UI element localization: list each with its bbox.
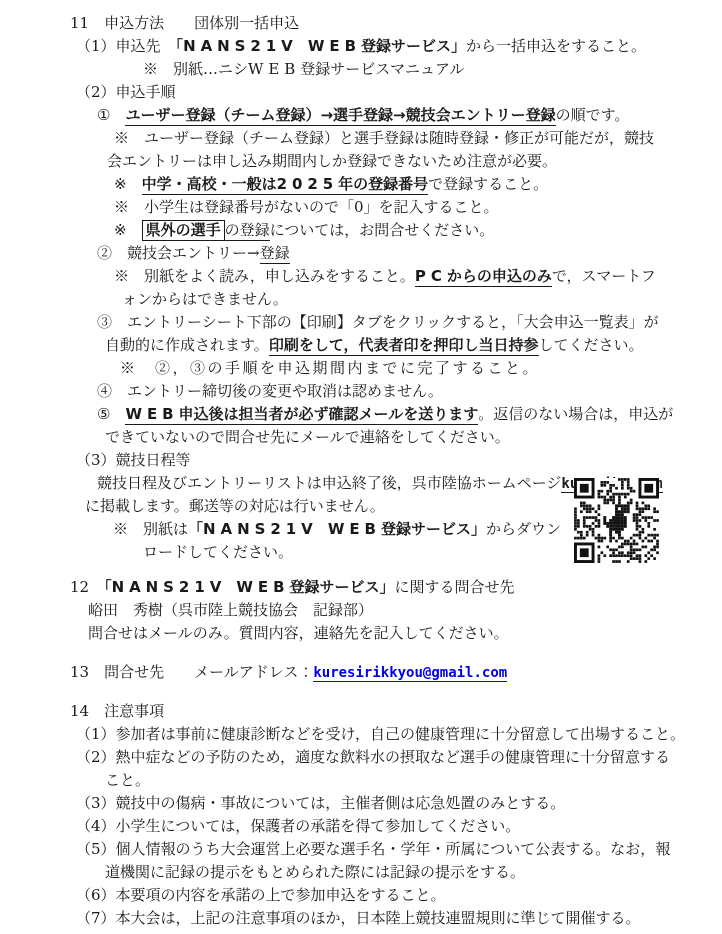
text-segment: 。返信のない場合は，申込が	[478, 405, 673, 423]
text-segment: 13 問合せ先 メールアドレス：	[70, 663, 313, 681]
text-segment: 中学・高校・一般は	[142, 175, 277, 195]
text-line: 問合せはメールのみ。質問内容，連絡先を記入してください。	[0, 622, 722, 645]
text-line: （2）熱中症などの予防のため，適度な飲料水の摂取など選手の健康管理に十分留意する	[0, 746, 722, 769]
text-segment: NANS21V WEB	[112, 578, 290, 596]
text-line: ※ 別紙…ニシWEB登録サービスマニュアル	[0, 58, 722, 81]
text-line: （7）本大会は，上記の注意事項のほか，日本陸上競技連盟規則に準じて開催する。	[0, 907, 722, 930]
text-segment: の順です。	[556, 106, 630, 124]
text-segment: から一括申込をすること。	[466, 37, 646, 55]
text-line: ③ エントリーシート下部の【印刷】タブをクリックすると，「大会申込一覧表」が	[0, 311, 722, 334]
text-line: （3）競技日程等	[0, 449, 722, 472]
text-segment: ※ ユーザー登録（チーム登録）と選手登録は随時登録・修正が可能だが，競技	[114, 129, 654, 147]
text-segment: ※ 別紙…ニシ	[143, 60, 248, 78]
text-segment: （5）個人情報のうち大会運営上必要な選手名・学年・所属について公表する。なお，報	[76, 840, 670, 858]
text-segment: の登録	[225, 221, 270, 241]
text-segment: 「	[104, 578, 112, 596]
section-12-heading: 12 「NANS21V WEB登録サービス」に関する問合せ先	[0, 576, 722, 599]
text-line: 峪田 秀樹（呉市陸上競技協会 記録部）	[0, 599, 722, 622]
text-segment: 自動的に作成されます。	[105, 336, 269, 354]
text-segment: 11 申込方法 団体別一括申込	[70, 14, 299, 32]
email-link[interactable]: kuresirikkyou@gmail.com	[313, 665, 507, 682]
text-segment: （4）小学生については，保護者の承諾を得て参加してください。	[76, 817, 520, 835]
text-line: ※ 別紙をよく読み，申し込みをすること。PCからの申込のみで，スマートフ	[0, 265, 722, 288]
text-segment: NANS21V WEB	[203, 520, 381, 538]
text-segment: NANS21V WEB	[183, 37, 361, 55]
text-segment: 登録	[260, 244, 290, 264]
text-segment: （6）本要項の内容を承諾の上で参加申込をすること。	[76, 886, 446, 904]
text-line: （6）本要項の内容を承諾の上で参加申込をすること。	[0, 884, 722, 907]
text-segment: WEB	[125, 405, 178, 425]
text-segment: 問合せはメールのみ。質問内容，連絡先を記入してください。	[88, 624, 509, 642]
section-14-heading: 14 注意事項	[0, 700, 722, 723]
qr-code	[574, 478, 659, 563]
text-segment: で，スマートフ	[552, 267, 656, 285]
text-segment: 印刷をして，代表者印を押印し当日持参	[269, 336, 539, 356]
text-segment: 2025	[277, 175, 339, 195]
text-line: 自動的に作成されます。印刷をして，代表者印を押印し当日持参してください。	[0, 334, 722, 357]
text-segment: こと。	[105, 771, 150, 789]
text-segment: （1）参加者は事前に健康診断などを受け，自己の健康管理に十分留意して出場すること…	[76, 725, 685, 743]
text-segment: ※ ②，③の手順を申込期間内までに完了すること。	[120, 359, 540, 377]
text-line: ※ 県外の選手の登録については，お問合せください。	[0, 219, 722, 242]
text-segment: 競技日程及びエントリーリストは申込終了後，呉市陸協ホームページ	[97, 474, 561, 492]
text-segment: （3）競技日程等	[76, 451, 191, 469]
section-11-heading: 11 申込方法 団体別一括申込	[0, 12, 722, 35]
text-segment: （7）本大会は，上記の注意事項のほか，日本陸上競技連盟規則に準じて開催する。	[76, 909, 641, 927]
text-segment: ※ 小学生は登録番号がないので「0」を記入すること。	[114, 198, 499, 216]
text-segment: してください。	[539, 336, 644, 354]
text-line: ※ ②，③の手順を申込期間内までに完了すること。	[0, 357, 722, 380]
text-segment: からダウン	[486, 520, 561, 538]
text-segment: に関する問合せ先	[395, 578, 515, 596]
text-segment: ※	[114, 175, 142, 193]
text-segment: 12	[70, 578, 104, 596]
text-line: できていないので問合せ先にメールで連絡をしてください。	[0, 426, 722, 449]
document-page: { "page": { "background": "#ffffff", "te…	[0, 0, 722, 934]
text-segment: 申込後は担当者が必ず確認メールを送ります	[179, 405, 479, 425]
text-line: ォンからはできません。	[0, 288, 722, 311]
text-segment: ④ エントリー締切後の変更や取消は認めません。	[97, 382, 443, 400]
text-segment: については，お問合せください。	[270, 221, 495, 239]
text-segment: できていないので問合せ先にメールで連絡をしてください。	[105, 428, 510, 446]
text-line: 道機関に記録の提示をもとめられた際には記録の提示をする。	[0, 861, 722, 884]
text-segment: 「	[188, 520, 203, 538]
text-line: （3）競技中の傷病・事故については，主催者側は応急処置のみとする。	[0, 792, 722, 815]
text-segment: 道機関に記録の提示をもとめられた際には記録の提示をする。	[105, 863, 525, 881]
text-segment: （2）申込手順	[76, 83, 176, 101]
text-segment: 峪田 秀樹（呉市陸上競技協会 記録部）	[88, 601, 373, 619]
text-segment: （2）熱中症などの予防のため，適度な飲料水の摂取など選手の健康管理に十分留意する	[76, 748, 670, 766]
text-segment: ※	[114, 221, 142, 239]
text-segment: PC	[415, 267, 447, 287]
text-segment: （3）競技中の傷病・事故については，主催者側は応急処置のみとする。	[76, 794, 565, 812]
text-line: （1）参加者は事前に健康診断などを受け，自己の健康管理に十分留意して出場すること…	[0, 723, 722, 746]
text-segment: 登録サービス」	[290, 578, 395, 596]
text-line: ⑤ WEB申込後は担当者が必ず確認メールを送ります。返信のない場合は，申込が	[0, 403, 722, 426]
text-segment: 登録サービスマニュアル	[300, 60, 464, 78]
text-segment: （1）申込先	[76, 37, 176, 55]
text-segment: 登録サービス」	[361, 37, 466, 55]
text-segment: 「	[176, 37, 184, 55]
text-segment: 14 注意事項	[70, 702, 164, 720]
text-segment: ォンからはできません。	[122, 290, 288, 308]
text-segment: ユーザー登録（チーム登録）→選手登録→競技会エントリー登録	[125, 106, 555, 126]
text-line: こと。	[0, 769, 722, 792]
text-segment: 登録サービス」	[381, 520, 486, 538]
text-segment: ※ 別紙をよく読み，申し込みをすること。	[114, 267, 415, 285]
text-line: ② 競技会エントリー→登録	[0, 242, 722, 265]
text-segment: ロードしてください。	[143, 543, 293, 561]
text-segment: からの申込のみ	[447, 267, 552, 287]
text-line: （4）小学生については，保護者の承諾を得て参加してください。	[0, 815, 722, 838]
text-segment: で登録すること。	[428, 175, 548, 193]
text-line: ※ 中学・高校・一般は2025年の登録番号で登録すること。	[0, 173, 722, 196]
kengai-boxed-text: 県外の選手	[142, 220, 225, 241]
document-body: 11 申込方法 団体別一括申込（1）申込先 「NANS21V WEB登録サービス…	[0, 12, 722, 930]
text-segment: ①	[97, 106, 125, 124]
text-segment: 年の登録番号	[338, 175, 428, 195]
text-segment: ※ 別紙は	[113, 520, 188, 538]
text-segment: に掲載します。郵送等の対応は行いません。	[85, 497, 385, 515]
text-line: ※ 小学生は登録番号がないので「0」を記入すること。	[0, 196, 722, 219]
text-line: （1）申込先 「NANS21V WEB登録サービス」から一括申込をすること。	[0, 35, 722, 58]
text-segment: ⑤	[97, 405, 125, 423]
text-line: （5）個人情報のうち大会運営上必要な選手名・学年・所属について公表する。なお，報	[0, 838, 722, 861]
text-segment: WEB	[248, 60, 300, 78]
section-13-heading: 13 問合せ先 メールアドレス：kuresirikkyou@gmail.com	[0, 661, 722, 684]
text-line: （2）申込手順	[0, 81, 722, 104]
text-line: ① ユーザー登録（チーム登録）→選手登録→競技会エントリー登録の順です。	[0, 104, 722, 127]
text-line: ※ ユーザー登録（チーム登録）と選手登録は随時登録・修正が可能だが，競技	[0, 127, 722, 150]
text-line: 会エントリーは申し込み期間内しか登録できないため注意が必要。	[0, 150, 722, 173]
text-line: ④ エントリー締切後の変更や取消は認めません。	[0, 380, 722, 403]
text-segment: ② 競技会エントリー→	[97, 244, 260, 262]
text-segment: ③ エントリーシート下部の【印刷】タブをクリックすると，「大会申込一覧表」が	[97, 313, 659, 331]
text-segment: 会エントリーは申し込み期間内しか登録できないため注意が必要。	[107, 152, 557, 170]
